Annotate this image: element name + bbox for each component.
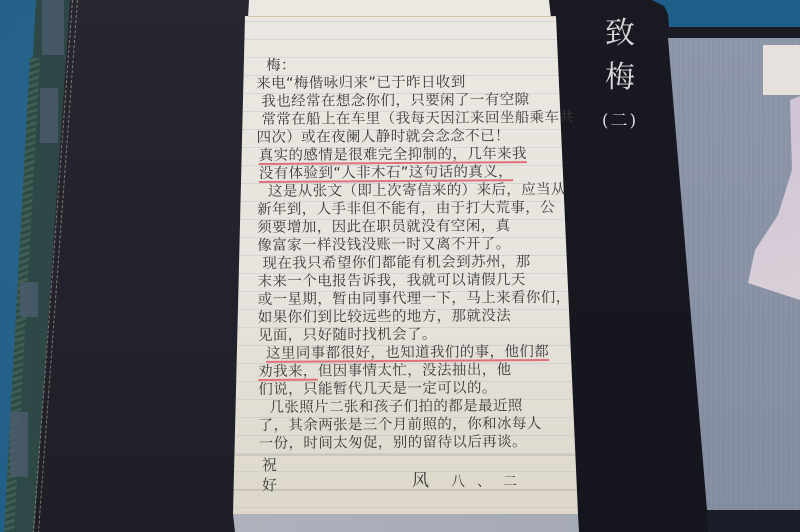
letter-line-underlined: 真实的感情是很难完全抑制的，几年来我 <box>259 146 527 164</box>
letter-line: 现在我只希望你们都能有机会到苏州，那 <box>257 253 577 273</box>
signature-name: 风 <box>412 471 439 491</box>
letter-line: 几张照片二张和孩子们拍的都是最近照 <box>258 397 578 417</box>
letter-line-underlined: 没有体验到“人非木石”这句话的真义， <box>259 164 513 182</box>
salutation: 梅： <box>256 55 576 75</box>
letter-line: 四次）或在夜阑人静时就会念念不已！ <box>257 127 577 147</box>
page-label-line2: 梅 <box>592 56 648 100</box>
closing: 祝 好 <box>262 455 277 495</box>
album-page-edge <box>664 27 800 38</box>
letter-line: 须要增加，因此在职员就没有空闲，真 <box>257 217 577 237</box>
spine-tape-patch <box>42 0 64 55</box>
closing-line1: 祝 <box>262 455 277 475</box>
letter-line: 如果你们到比较远些的地方，那就没法 <box>258 307 578 327</box>
letter-line: 们说，只能暂代几天是一定可以的。 <box>258 379 578 399</box>
closing-line2: 好 <box>262 475 277 495</box>
letter-line: 末来一个电报告诉我，我就可以请假几天 <box>258 271 578 291</box>
photo-corner <box>763 45 800 95</box>
signature: 风八、二 <box>412 466 529 491</box>
letter-body: 梅： 来电“梅偕咏归来”已于昨日收到 我也经常在想念你们，只要闲了一有空隙 常常… <box>256 55 579 453</box>
letter-line: 常常在船上在车里（我每天因江来回坐船乘车共 <box>256 109 576 129</box>
letter-line: 新年到，人手非但不能有，由于打大荒事，公 <box>257 199 577 219</box>
line-remainder: 但因事情太忙，没法抽出，他 <box>318 362 512 379</box>
letter-line: 或一星期，暂由同事代理一下，马上来看你们， <box>258 289 578 309</box>
page-label-line1: 致 <box>592 12 648 56</box>
page-label: 致 梅 (二) <box>592 12 648 136</box>
letter-line: 一份，时间太匆促，别的留待以后再谈。 <box>259 433 579 453</box>
letter-line: 了，其余两张是三个月前照的，你和冰每人 <box>259 415 579 435</box>
spine-tape-patch <box>20 282 38 317</box>
letter-line: 这是从张文（即上次寄信来的）来后，应当从 <box>257 181 577 201</box>
page-label-number: (二) <box>592 106 648 136</box>
letter-line-underlined: 这里同事都很好，也知道我们的事，他们都 <box>266 344 549 362</box>
letter-line: 我也经常在想念你们，只要闲了一有空隙 <box>256 91 576 111</box>
underlined-phrase: 劝我来， <box>258 364 318 380</box>
paper-fold-line <box>248 16 556 17</box>
signature-date: 八、二 <box>451 474 529 490</box>
letter-line: 劝我来，但因事情太忙，没法抽出，他 <box>258 361 578 381</box>
spine-tape-patch <box>40 88 58 143</box>
spine-tape-patch <box>10 412 28 477</box>
letter-line: 像富家一样没钱没账一时又离不开了。 <box>257 235 577 255</box>
letter-line: 来电“梅偕咏归来”已于昨日收到 <box>256 73 576 93</box>
letter-line: 见面，只好随时找机会了。 <box>258 325 578 345</box>
